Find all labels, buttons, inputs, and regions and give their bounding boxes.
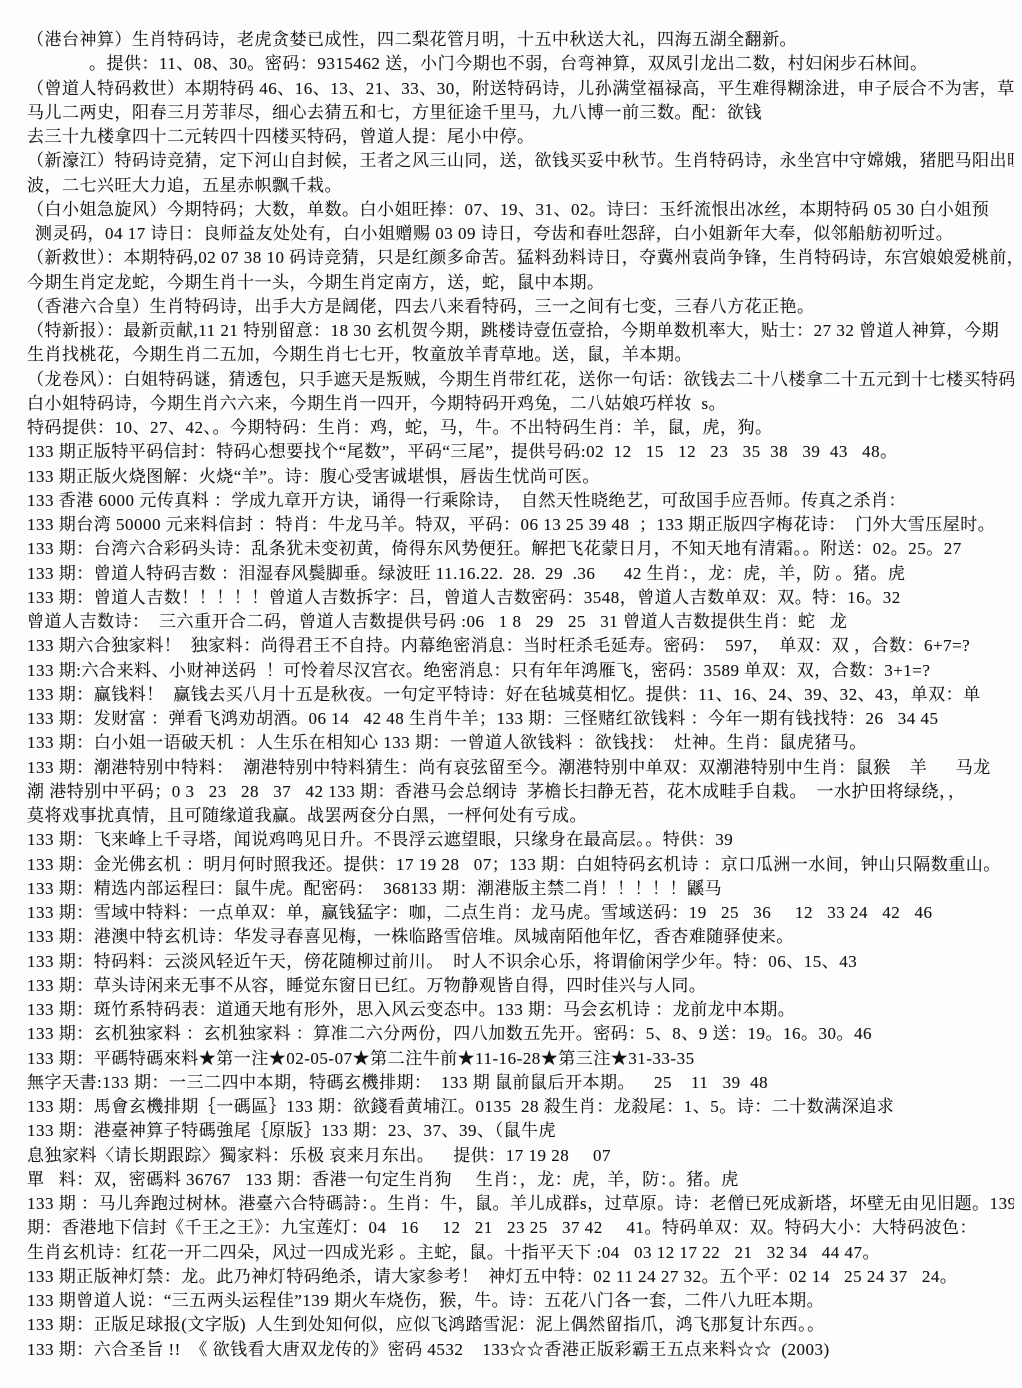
text-line: 133 期：平碼特碼來料★第一注★02-05-07★第二注牛前★11-16-28…: [27, 1047, 1014, 1071]
fax-tips-sheet-page: （港台神算）生肖特码诗，老虎贪婪已成性，四二梨花管月明，十五中秋送大礼，四海五湖…: [0, 0, 1022, 1388]
text-line: 133 期：白小姐一语破天机 ：人生乐在相知心 133 期：一曾道人欲钱料 ：欲…: [27, 731, 1014, 755]
text-line: 133 期：草头诗闲来无事不从容，睡觉东窗日已红。万物静观皆自得，四时佳兴与人同…: [27, 974, 1014, 998]
text-line: 無字天書:133 期：一三二四中本期，特碼玄機排期： 133 期 鼠前鼠后开本期…: [27, 1071, 1014, 1095]
text-line: 133 期曾道人说：“三五两头运程佳”139 期火车烧伤，猴，牛。诗：五花八门各…: [27, 1289, 1014, 1313]
text-line: （香港六合皇）生肖特码诗，出手大方是阔佬，四去八来看特码，三一之间有七变，三春八…: [27, 295, 1014, 319]
text-line: 133 期：港臺神算子特碼強尾｛原版｝133 期：23、37、39、（鼠牛虎: [27, 1119, 1014, 1143]
text-line: （新濠江）特码诗竞猜，定下河山自封候，王者之风三山同，送，欲钱买妥中秋节。生肖特…: [27, 149, 1014, 173]
text-line: 133 期正版神灯禁：龙。此乃神灯特码绝杀，请大家参考！ 神灯五中特：02 11…: [27, 1265, 1014, 1289]
text-line: 133 期：精选内部运程曰：鼠牛虎。配密码： 368133 期：潮港版主禁二肖！…: [27, 877, 1014, 901]
text-line: 133 期：玄机独家料 ：玄机独家料 ：算准二六分两份，四八加数五先开。密码：5…: [27, 1022, 1014, 1046]
text-line: 生肖找桃花，今期生肖二五加，今期生肖七七开，牧童放羊青草地。送，鼠，羊本期。: [27, 343, 1014, 367]
text-line: 133 期：正版足球报(文字版) 人生到处知何似，应似飞鸿踏雪泥：泥上偶然留指爪…: [27, 1313, 1014, 1337]
text-line: 133 期 ：马儿奔跑过树林。港臺六合特碼詩：。生肖：牛，鼠。羊儿成群s，过草原…: [27, 1192, 1014, 1216]
text-line: 133 期：台湾六合彩码头诗：乱条犹未变初黄，倚得东风势便狂。解把飞花蒙日月，不…: [27, 537, 1014, 561]
text-line: （新救世）：本期特码,02 07 38 10 码诗竞猜，只是红颜多命苦。猛料劲料…: [27, 246, 1014, 270]
text-line: 133 香港 6000 元传真料 ：学成九章开方诀，诵得一行乘除诗， 自然天性晓…: [27, 489, 1014, 513]
text-line: 息独家料〈请长期跟踪〉獨家料：乐极 哀来月东出。 提供：17 19 28 07: [27, 1144, 1014, 1168]
text-line: 133 期：曾道人特码吉数 ：泪湿春风鬓脚垂。绿波旺 11.16.22. 28.…: [27, 562, 1014, 586]
text-line: 波，二七兴旺大力追，五星赤帜飘千栽。: [27, 174, 1014, 198]
text-line: 133 期正版特平码信封：特码心想要找个“尾数”，平码“三尾”，提供号码:02 …: [27, 440, 1014, 464]
text-line: 133 期：金光佛玄机 ：明月何时照我还。提供：17 19 28 07；133 …: [27, 853, 1014, 877]
text-line: （特新报）：最新贡献,11 21 特别留意：18 30 玄机贺今期，跳楼诗壹伍壹…: [27, 319, 1014, 343]
text-line: 單 料：双，密碼料 36767 133 期：香港一句定生肖狗 生肖：，龙：虎，羊…: [27, 1168, 1014, 1192]
text-line: 特码提供：10、27、42、。今期特码：生肖：鸡，蛇，马，牛。不出特码生肖：羊，…: [27, 416, 1014, 440]
text-line: （曾道人特码救世）本期特码 46、16、13、21、33、30，附送特码诗，儿孙…: [27, 77, 1014, 101]
text-line: 。提供：11、08、30。密码：9315462 送，小门今期也不弱，台弯神算，双…: [27, 52, 1014, 76]
text-line: 133 期：发财富 ：弹看飞鸿劝胡酒。06 14 42 48 生肖牛羊；133 …: [27, 707, 1014, 731]
text-line: 生肖玄机诗：红花一开二四朵，风过一四成光彩 。主蛇，鼠。十指平天下 :04 03…: [27, 1241, 1014, 1265]
text-line: 今期生肖定龙蛇，今期生肖十一头，今期生肖定南方，送，蛇，鼠中本期。: [27, 271, 1014, 295]
text-lines: （港台神算）生肖特码诗，老虎贪婪已成性，四二梨花管月明，十五中秋送大礼，四海五湖…: [27, 28, 1014, 1362]
text-line: 白小姐特码诗，今期生肖六六来，今期生肖一四开，今期特码开鸡兔，二八姑娘巧样妆 s…: [27, 392, 1014, 416]
text-line: 马儿二两史，阳春三月芳菲尽，细心去猜五和七，方里征途千里马，九八博一前三数。配：…: [27, 101, 1014, 125]
text-line: 133 期台湾 50000 元来料信封 ：特肖：牛龙马羊。特双，平码：06 13…: [27, 513, 1014, 537]
text-line: 133 期：曾道人吉数！！！！！曾道人吉数拆字：吕，曾道人吉数密码：3548，曾…: [27, 586, 1014, 610]
text-line: 测灵码，04 17 诗日：良师益友处处有，白小姐赠赐 03 09 诗日，夸齿和春…: [27, 222, 1014, 246]
text-line: 莫将戏事扰真情，且可随缘道我赢。战罢两奁分白黑，一枰何处有亏成。: [27, 804, 1014, 828]
text-line: 133 期:六合来料、小财神送码 ！可怜着尽汉宫衣。绝密消息：只有年年鸿雁飞，密…: [27, 659, 1014, 683]
text-line: 133 期正版火烧图解：火烧“羊”。诗：腹心受害诚堪惧，唇齿生忧尚可医。: [27, 465, 1014, 489]
text-line: 133 期：雪域中特料：一点单双：单，赢钱猛字：咖，二点生肖：龙马虎。雪域送码：…: [27, 901, 1014, 925]
text-line: 133 期六合独家料！ 独家料：尚得君王不自持。内幕绝密消息：当时枉杀毛延寿。密…: [27, 634, 1014, 658]
text-line: 133 期：六合圣旨 !! 《 欲钱看大唐双龙传的》密码 4532 133☆☆香…: [27, 1338, 1014, 1362]
text-line: 133 期：潮港特别中特料： 潮港特别中特料猜生：尚有哀弦留至今。潮港特别中单双…: [27, 756, 1014, 780]
text-line: （港台神算）生肖特码诗，老虎贪婪已成性，四二梨花管月明，十五中秋送大礼，四海五湖…: [27, 28, 1014, 52]
text-line: 133 期：特码料：云淡风轻近午天，傍花随柳过前川。 时人不识余心乐，将谓偷闲学…: [27, 950, 1014, 974]
text-line: 去三十九楼拿四十二元转四十四楼买特码，曾道人提：尾小中停。: [27, 125, 1014, 149]
text-line: 133 期：馬會玄機排期｛一碼區｝133 期：欲錢看黄埔江。0135 28 殺生…: [27, 1095, 1014, 1119]
text-line: 133 期：赢钱料！ 赢钱去买八月十五是秋夜。一句定平特诗：好在毡城莫相忆。提供…: [27, 683, 1014, 707]
text-line: 133 期：斑竹系特码表：道通天地有形外，思入风云变态中。133 期：马会玄机诗…: [27, 998, 1014, 1022]
text-line: （龙卷风）：白姐特码谜，猜透包，只手遮天是叛贼，今期生肖带红花，送你一句话：欲钱…: [27, 368, 1014, 392]
text-line: 133 期：飞来峰上千寻塔，闻说鸡鸣见日升。不畏浮云遮望眼，只缘身在最高层。。特…: [27, 828, 1014, 852]
text-line: 133 期：港澳中特玄机诗：华发寻春喜见梅，一株临路雪倍堆。凤城南陌他年忆，香杏…: [27, 925, 1014, 949]
text-line: 期：香港地下信封《千王之王》：九宝莲灯：04 16 12 21 23 25 37…: [27, 1216, 1014, 1240]
text-line: 潮 港特别中平码；0 3 23 28 37 42 133 期：香港马会总纲诗 茅…: [27, 780, 1014, 804]
text-line: （白小姐急旋风）今期特码；大数，单数。白小姐旺捧：07、19、31、02。诗曰：…: [27, 198, 1014, 222]
text-line: 曾道人吉数诗： 三六重开合二码，曾道人吉数提供号码 :06 1 8 29 25 …: [27, 610, 1014, 634]
